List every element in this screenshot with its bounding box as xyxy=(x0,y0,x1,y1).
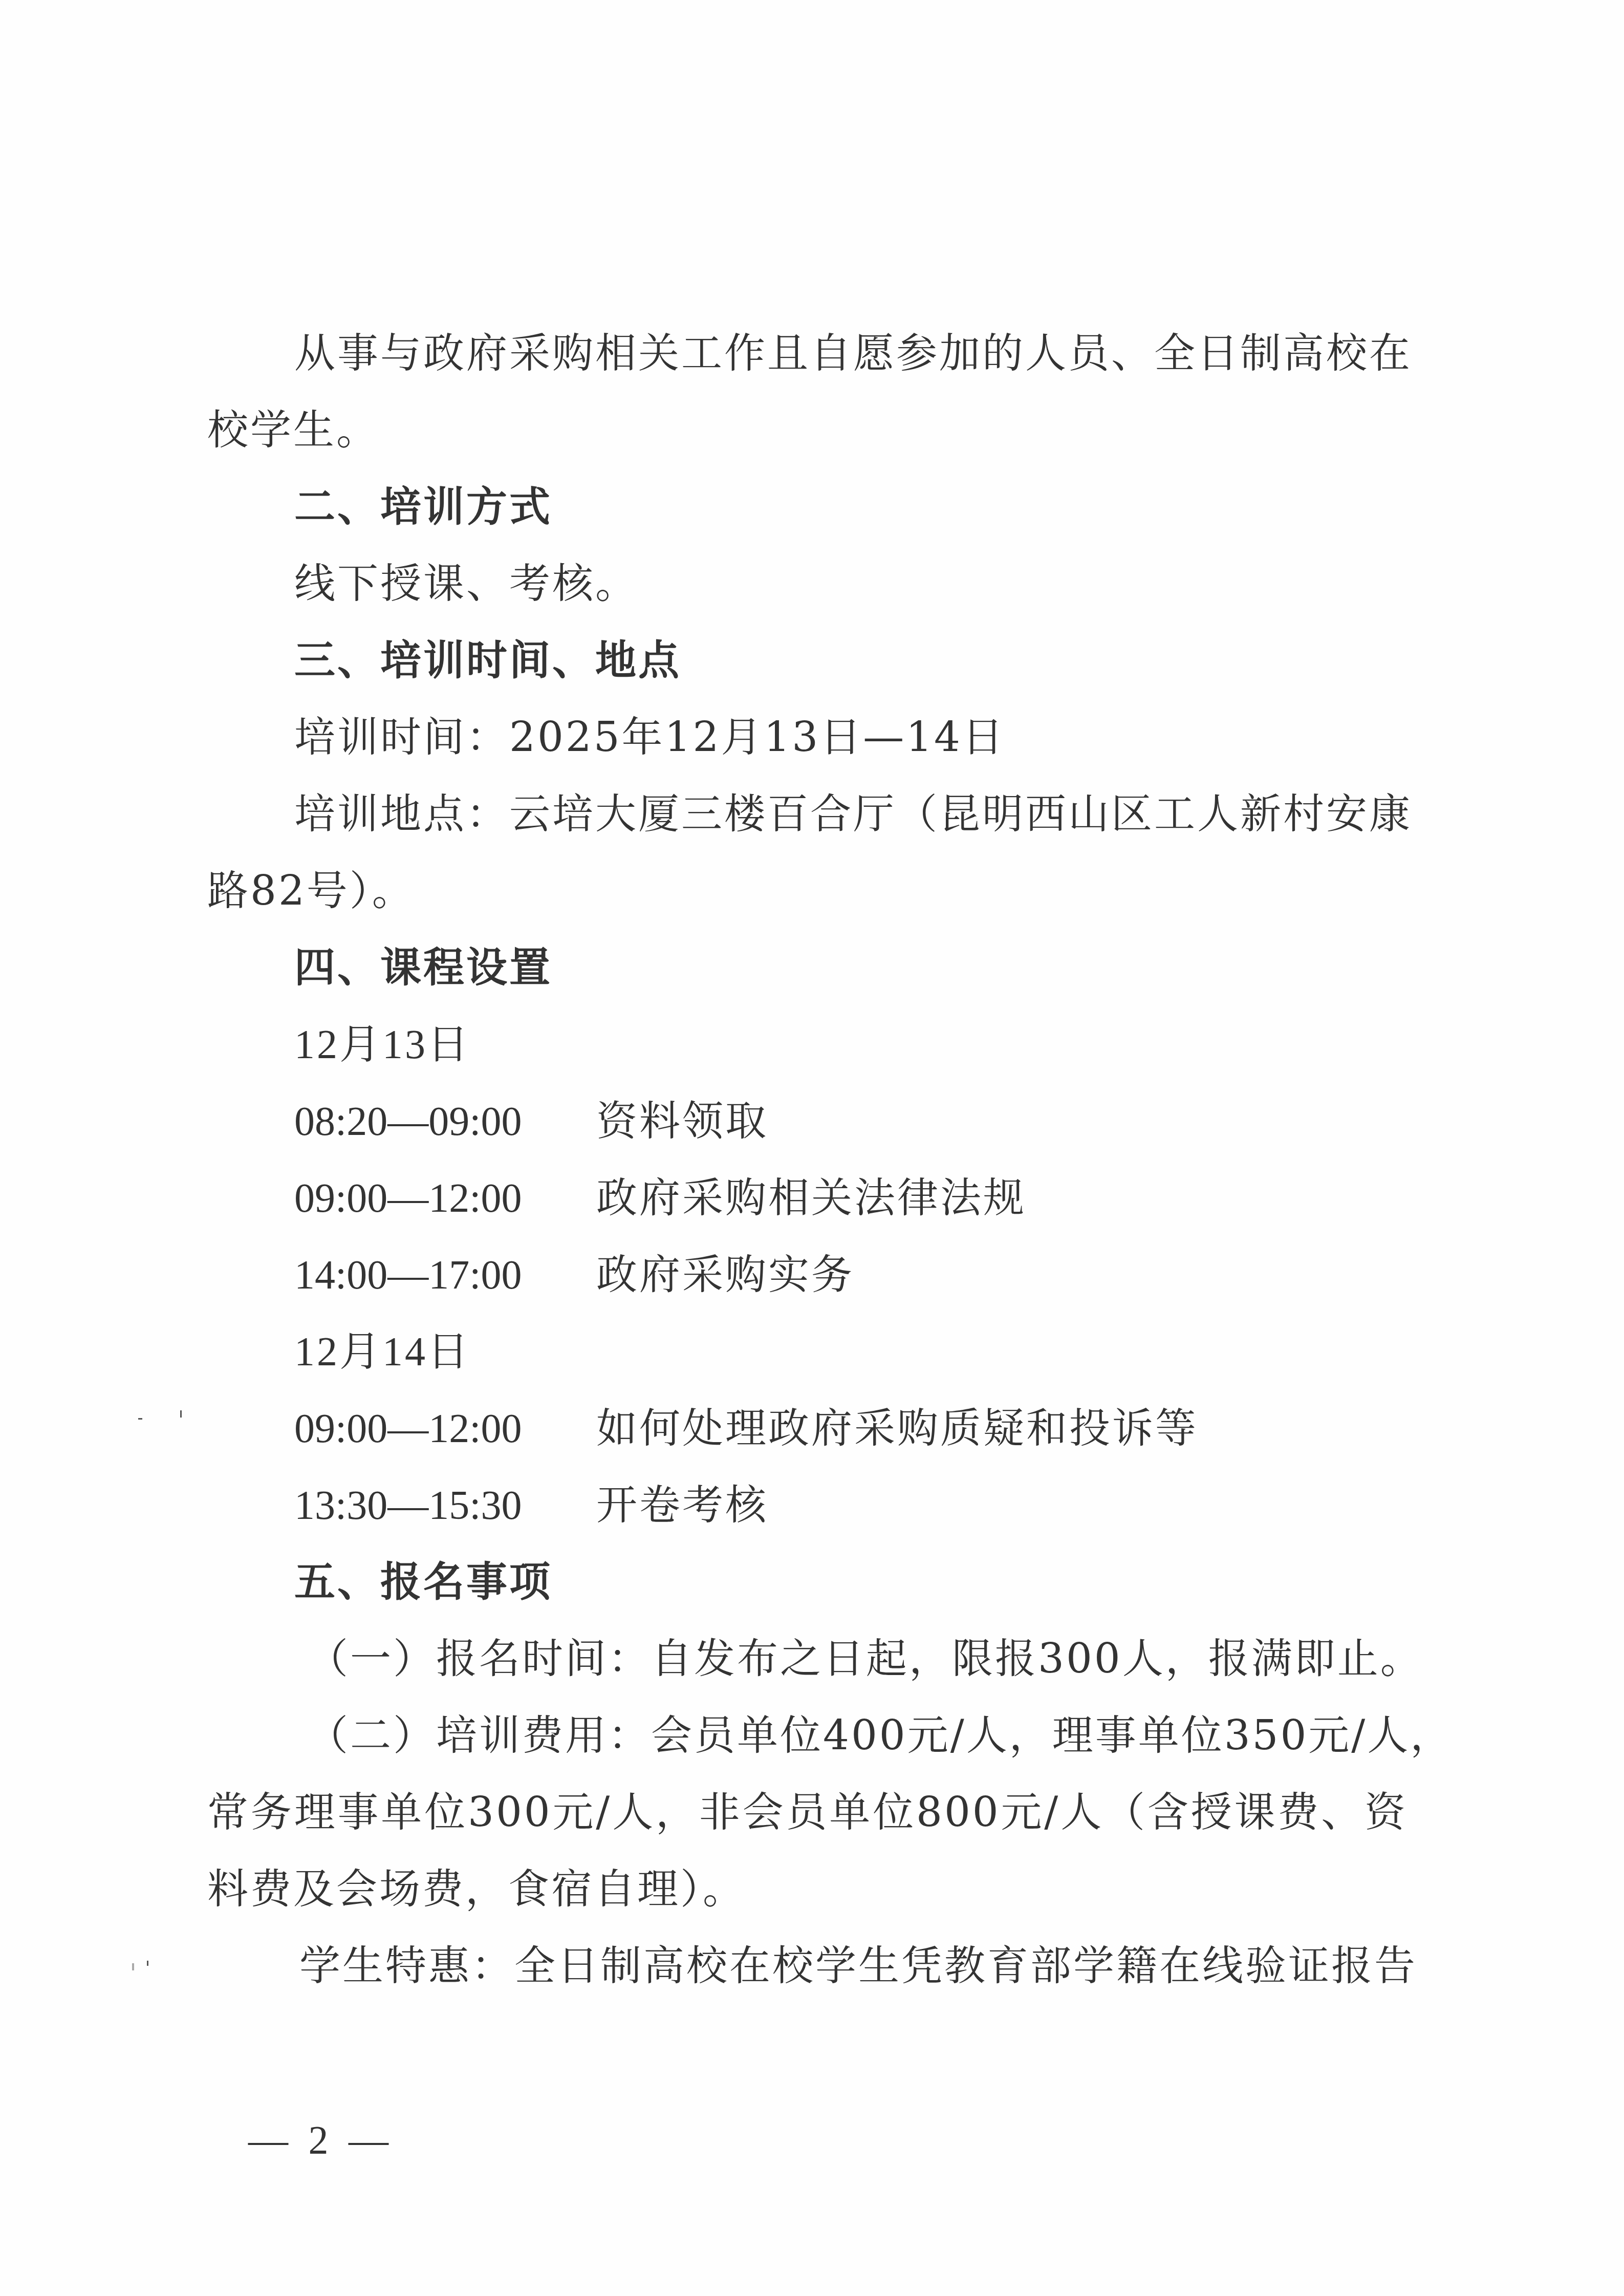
scan-artifact-mark xyxy=(132,1963,134,1970)
schedule-time: 14:00—17:00 xyxy=(294,1237,596,1314)
section-heading-time-place: 三、培训时间、地点 xyxy=(294,622,1408,699)
schedule-topic: 如何处理政府采购质疑和投诉等 xyxy=(596,1390,1198,1467)
schedule-row: 09:00—12:00政府采购相关法律法规 xyxy=(294,1160,1026,1236)
eligibility-line-2: 校学生。 xyxy=(207,392,1408,468)
registration-time-text: （一）报名时间：自发布之日起，限报300人，报满即止。 xyxy=(307,1620,1405,1697)
scan-artifact-mark xyxy=(180,1410,182,1418)
schedule-time: 09:00—12:00 xyxy=(294,1160,596,1237)
schedule-date-day1: 12月13日 xyxy=(294,1006,470,1083)
schedule-date-label: 12月14日 xyxy=(294,1329,470,1375)
schedule-topic: 资料领取 xyxy=(596,1083,768,1160)
schedule-row: 08:20—09:00资料领取 xyxy=(294,1083,768,1160)
schedule-time: 13:30—15:30 xyxy=(294,1467,596,1544)
page-number: — 2 — xyxy=(248,2114,394,2165)
training-place-line-2: 路82号）。 xyxy=(207,852,1408,929)
schedule-topic: 政府采购实务 xyxy=(596,1236,854,1313)
schedule-topic: 政府采购相关法律法规 xyxy=(596,1160,1026,1236)
schedule-time: 08:20—09:00 xyxy=(294,1083,596,1160)
section-heading-curriculum: 四、课程设置 xyxy=(294,929,1408,1006)
schedule-date-label: 12月13日 xyxy=(294,1022,470,1067)
scan-artifact-mark xyxy=(147,1961,148,1966)
document-page: 从事与政府采购相关工作且自愿参加的人员、全日制高校在 校学生。 二、培训方式 线… xyxy=(0,0,1624,2296)
schedule-date-day2: 12月14日 xyxy=(294,1313,470,1390)
training-time-text: 培训时间：2025年12月13日—14日 xyxy=(294,699,1408,776)
schedule-time: 09:00—12:00 xyxy=(294,1390,596,1467)
fee-line-2: 常务理事单位300元/人，非会员单位800元/人（含授课费、资 xyxy=(207,1774,1408,1851)
section-heading-registration: 五、报名事项 xyxy=(294,1543,1408,1620)
schedule-row: 09:00—12:00如何处理政府采购质疑和投诉等 xyxy=(294,1390,1198,1467)
eligibility-line-1: 从事与政府采购相关工作且自愿参加的人员、全日制高校在 xyxy=(294,315,1408,392)
schedule-row: 13:30—15:30开卷考核 xyxy=(294,1467,768,1543)
fee-line-3: 料费及会场费，食宿自理）。 xyxy=(207,1851,1408,1927)
training-method-text: 线下授课、考核。 xyxy=(294,545,1408,622)
training-place-line-1: 培训地点：云培大厦三楼百合厅（昆明西山区工人新村安康 xyxy=(294,776,1408,852)
section-heading-training-method: 二、培训方式 xyxy=(294,468,1408,545)
schedule-row: 14:00—17:00政府采购实务 xyxy=(294,1236,854,1313)
schedule-topic: 开卷考核 xyxy=(596,1467,768,1543)
student-discount-text: 学生特惠：全日制高校在校学生凭教育部学籍在线验证报告 xyxy=(299,1927,1408,2004)
fee-line-1: （二）培训费用：会员单位400元/人，理事单位350元/人， xyxy=(307,1697,1418,1774)
scan-artifact-mark xyxy=(138,1418,142,1420)
